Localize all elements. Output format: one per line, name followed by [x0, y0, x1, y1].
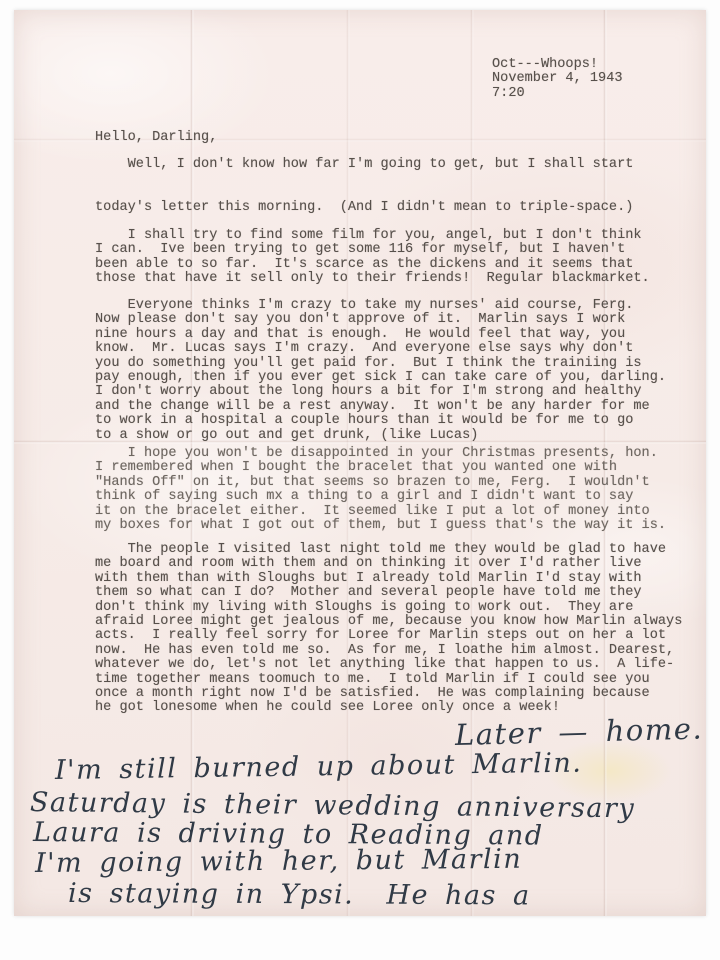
scanned-letter-page: Oct---Whoops! November 4, 1943 7:20 Hell… — [0, 0, 720, 960]
opening-line-2: today's letter this morning. (And I didn… — [95, 201, 633, 215]
letter-paper: Oct---Whoops! November 4, 1943 7:20 Hell… — [14, 10, 706, 916]
paragraph-nurses-aid: Everyone thinks I'm crazy to take my nur… — [95, 299, 666, 443]
paragraph-living: The people I visited last night told me … — [95, 543, 682, 716]
handwritten-line-5: is staying in Ypsi. He has a — [68, 879, 531, 911]
handwritten-line-4: I'm going with her, but Marlin — [35, 845, 522, 879]
handwritten-later-note: Later — home. — [455, 714, 704, 750]
dateline: Oct---Whoops! November 4, 1943 7:20 — [492, 58, 623, 101]
paragraph-film: I shall try to find some film for you, a… — [95, 229, 650, 287]
handwritten-line-1: I'm still burned up about Marlin. — [55, 749, 583, 786]
opening-line-1: Well, I don't know how far I'm going to … — [95, 158, 633, 172]
paragraph-christmas: I hope you won't be disappointed in your… — [95, 447, 666, 533]
salutation: Hello, Darling, — [95, 131, 217, 145]
